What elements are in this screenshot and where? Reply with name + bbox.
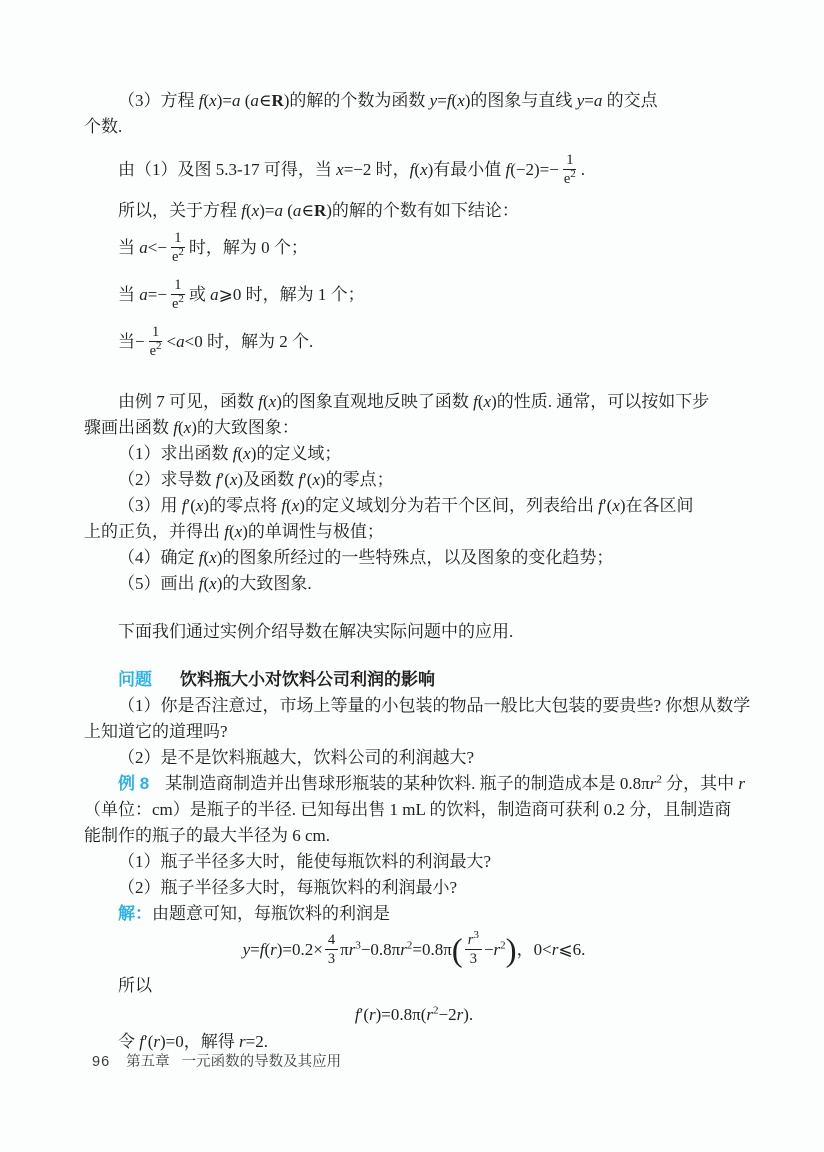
- problem-title: 饮料瓶大小对饮料公司利润的影响: [180, 670, 435, 689]
- paragraph-item3-line1: （3）方程 f(x)=a (a∈R)的解的个数为函数 y=f(x)的图象与直线 …: [84, 88, 744, 114]
- problem-q2: （2）是不是饮料瓶越大，饮料公司的利润越大?: [84, 745, 744, 771]
- paragraph-case-zero-solutions: 当 a<−1e2时，解为 0 个；: [84, 225, 744, 271]
- step-2: （2）求导数 f′(x)及函数 f′(x)的零点；: [84, 467, 744, 493]
- paragraph-min-value: 由（1）及图 5.3-17 可得，当 x=−2 时，f(x)有最小值 f(−2)…: [84, 147, 744, 193]
- step-3-line2: 上的正负，并得出 f(x)的单调性与极值；: [84, 519, 744, 545]
- paragraph-item3-line2: 个数.: [84, 114, 744, 140]
- problem-heading: 问题饮料瓶大小对饮料公司利润的影响: [84, 667, 744, 693]
- profit-formula: y=f(r)=0.2×43πr3−0.8πr2=0.8π(r33−r2)，0<r…: [84, 927, 744, 973]
- textbook-page: （3）方程 f(x)=a (a∈R)的解的个数为函数 y=f(x)的图象与直线 …: [0, 0, 824, 1152]
- solution-label: 解：: [118, 904, 152, 923]
- problem-q1-line1: （1）你是否注意过，市场上等量的小包装的物品一般比大包装的要贵些? 你想从数学: [84, 693, 744, 719]
- paragraph-transition: 下面我们通过实例介绍导数在解决实际问题中的应用.: [84, 619, 744, 645]
- chapter-title: 一元函数的导数及其应用: [182, 1054, 342, 1070]
- solution-suoyi: 所以: [84, 973, 744, 999]
- page-body: （3）方程 f(x)=a (a∈R)的解的个数为函数 y=f(x)的图象与直线 …: [84, 88, 744, 1055]
- example8-q1: （1）瓶子半径多大时，能使每瓶饮料的利润最大?: [84, 849, 744, 875]
- step-4: （4）确定 f(x)的图象所经过的一些特殊点，以及图象的变化趋势；: [84, 545, 744, 571]
- example8-q2: （2）瓶子半径多大时，每瓶饮料的利润最小?: [84, 875, 744, 901]
- paragraph-case-two-solutions: 当−1e2<a<0 时，解为 2 个.: [84, 319, 744, 365]
- paragraph-case-one-solution: 当 a=−1e2或 a⩾0 时，解为 1 个；: [84, 272, 744, 318]
- example8-line3: 能制作的瓶子的最大半径为 6 cm.: [84, 823, 744, 849]
- paragraph-conclusion-intro: 所以，关于方程 f(x)=a (a∈R)的解的个数有如下结论：: [84, 198, 744, 224]
- page-number: 96: [92, 1054, 110, 1070]
- problem-q1-line2: 上知道它的道理吗?: [84, 719, 744, 745]
- example8-text-line1: 某制造商制造并出售球形瓶装的某种饮料. 瓶子的制造成本是 0.8πr2 分，其中…: [165, 774, 745, 793]
- problem-label: 问题: [118, 670, 152, 689]
- chapter-number: 第五章: [126, 1054, 170, 1070]
- step-3-line1: （3）用 f′(x)的零点将 f(x)的定义域划分为若干个区间，列表给出 f′(…: [84, 493, 744, 519]
- solution-intro-text: 由题意可知，每瓶饮料的利润是: [152, 904, 390, 923]
- step-1: （1）求出函数 f(x)的定义域；: [84, 441, 744, 467]
- derivative-formula: f′(r)=0.8π(r2−2r).: [84, 1001, 744, 1029]
- example8-label: 例 8: [118, 774, 149, 793]
- example8-line1: 例 8某制造商制造并出售球形瓶装的某种饮料. 瓶子的制造成本是 0.8πr2 分…: [84, 771, 744, 797]
- paragraph-steps-intro-line1: 由例 7 可见，函数 f(x)的图象直观地反映了函数 f(x)的性质. 通常，可…: [84, 389, 744, 415]
- example8-line2: （单位：cm）是瓶子的半径. 已知每出售 1 mL 的饮料，制造商可获利 0.2…: [84, 797, 744, 823]
- solution-intro-line: 解：由题意可知，每瓶饮料的利润是: [84, 901, 744, 927]
- step-5: （5）画出 f(x)的大致图象.: [84, 571, 744, 597]
- paragraph-steps-intro-line2: 骤画出函数 f(x)的大致图象：: [84, 415, 744, 441]
- page-footer: 96第五章一元函数的导数及其应用: [84, 1050, 744, 1071]
